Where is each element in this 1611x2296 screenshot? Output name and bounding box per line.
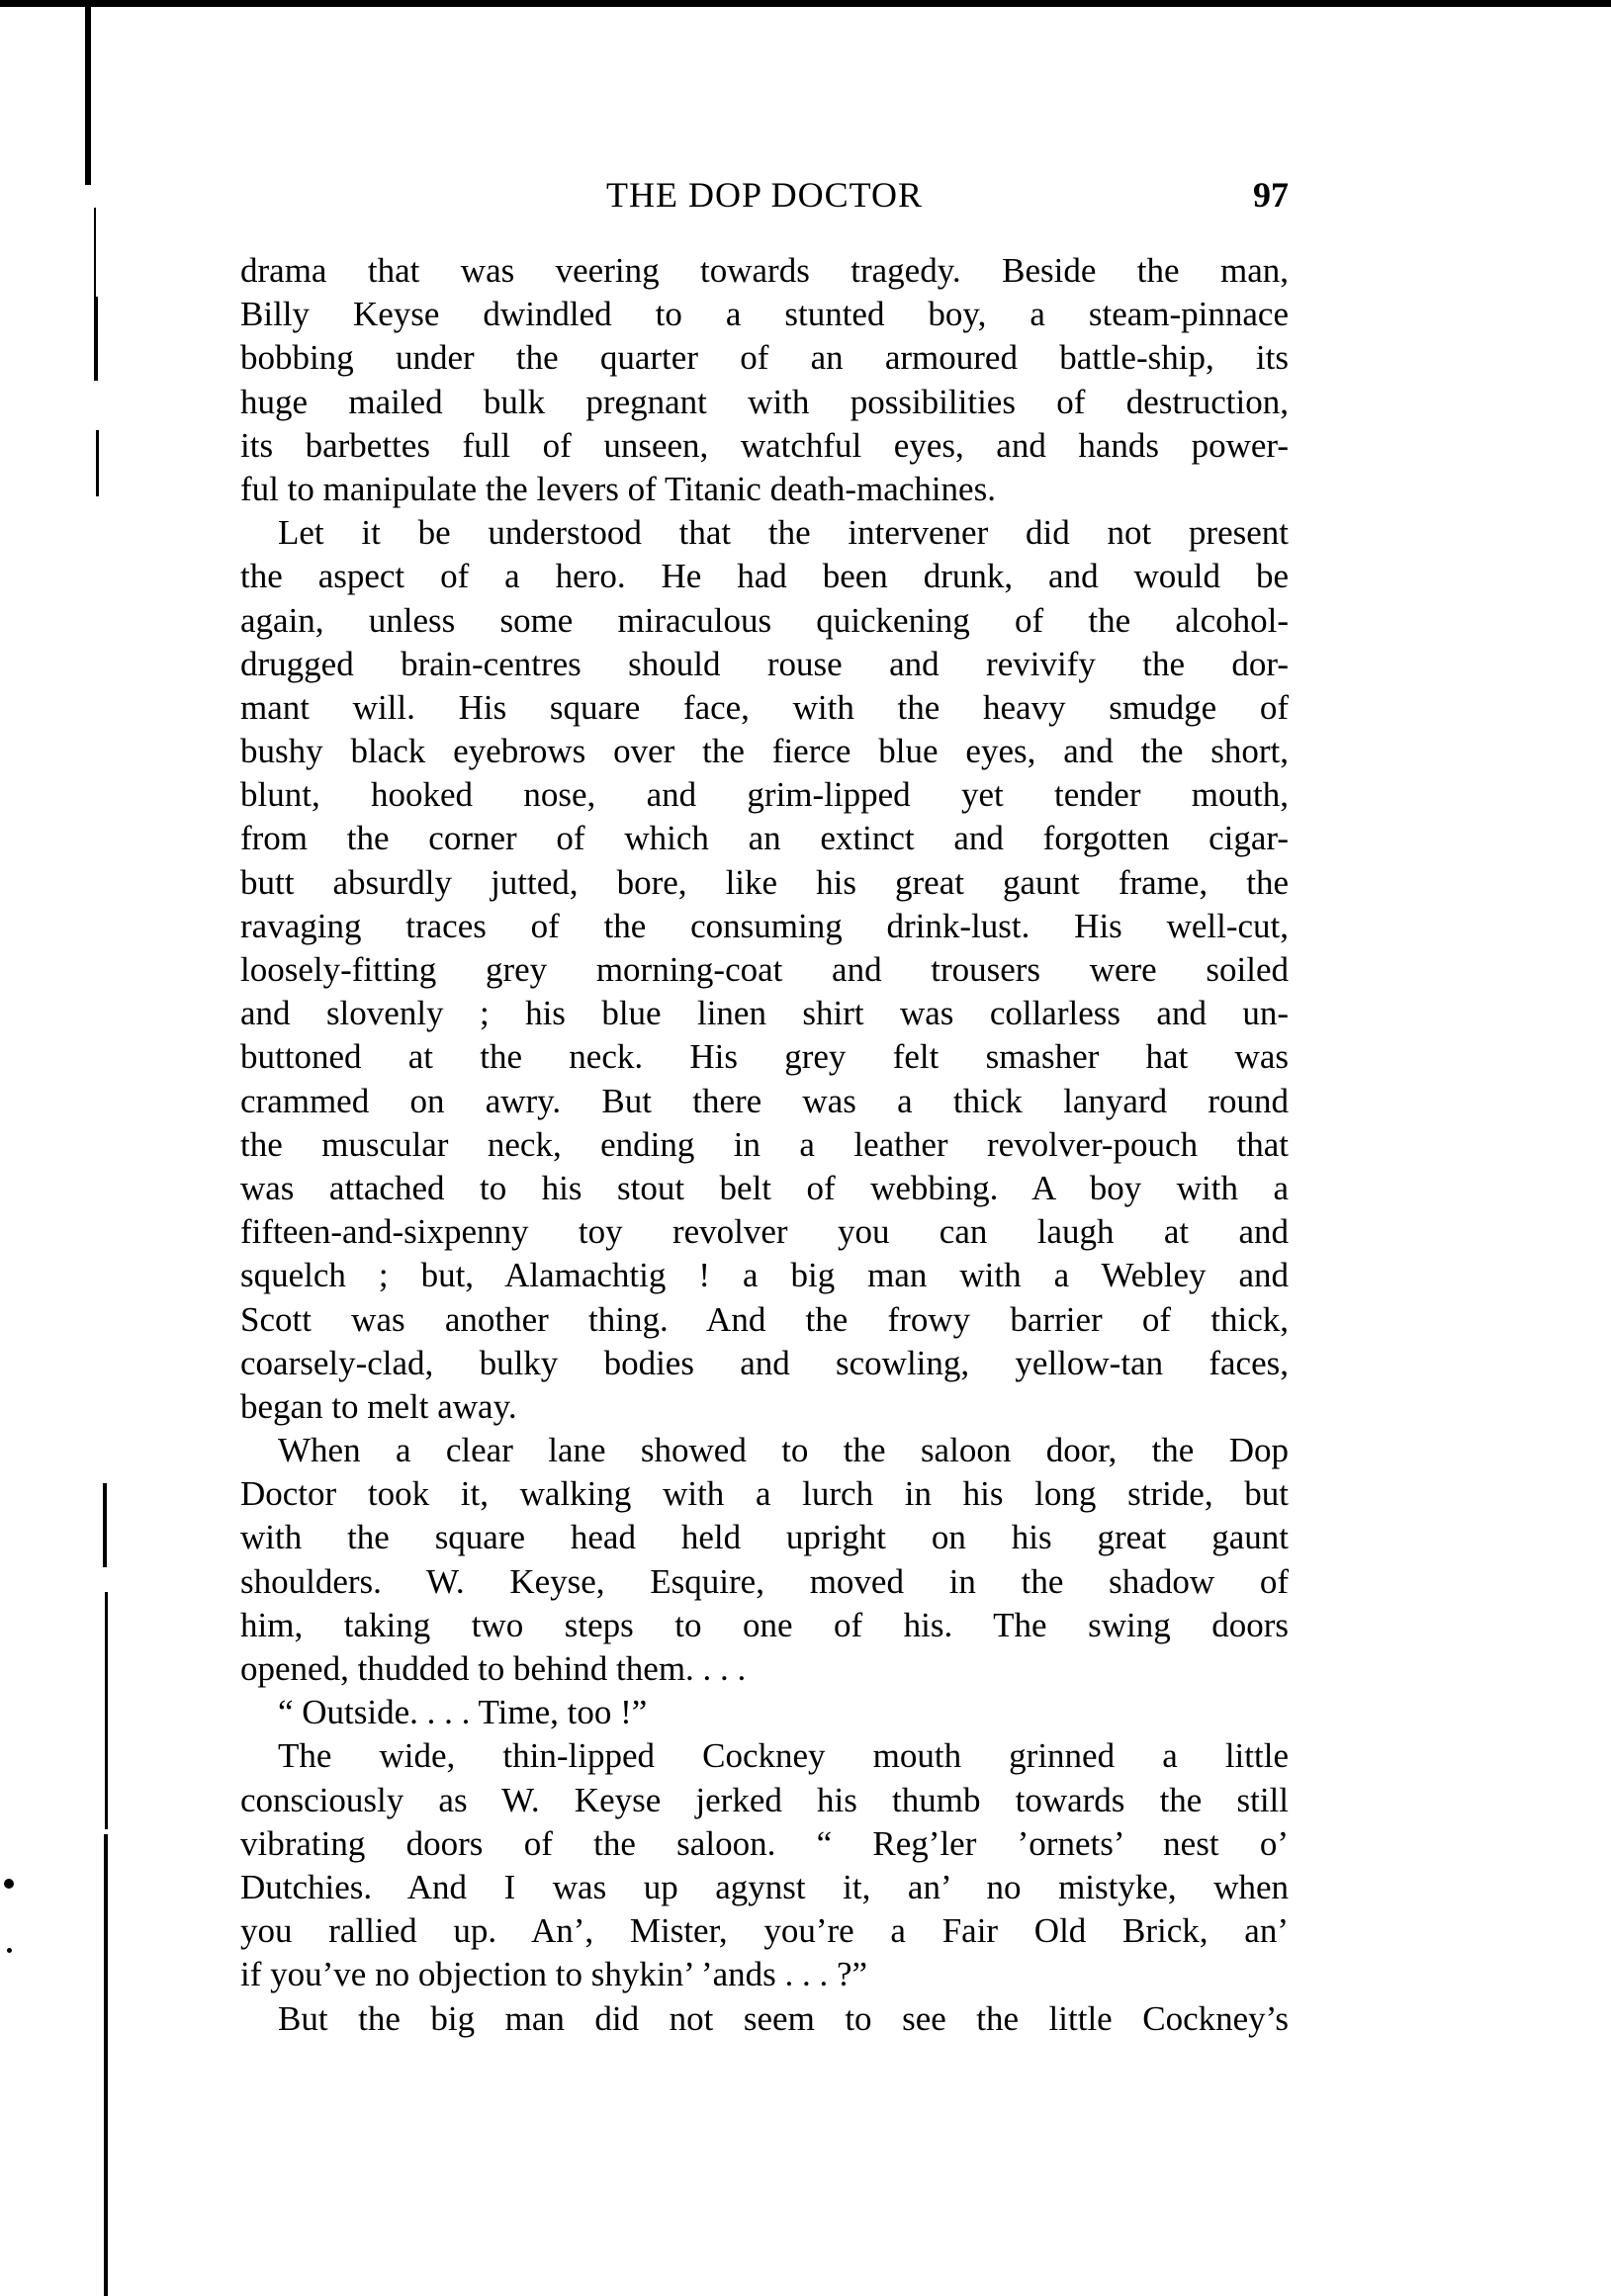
- text-line: Scott was another thing. And the frowy b…: [240, 1298, 1289, 1342]
- text-line: ravaging traces of the consuming drink-l…: [240, 905, 1289, 948]
- text-line: fifteen-and-sixpenny toy revolver you ca…: [240, 1210, 1289, 1254]
- text-line: crammed on awry. But there was a thick l…: [240, 1080, 1289, 1123]
- text-line: consciously as W. Keyse jerked his thumb…: [240, 1779, 1289, 1822]
- text-line: if you’ve no objection to shykin’ ’ands …: [240, 1953, 1289, 1996]
- text-line: blunt, hooked nose, and grim-lipped yet …: [240, 773, 1289, 817]
- body-text: drama that was veering towards tragedy. …: [240, 249, 1289, 2041]
- page-number: 97: [1253, 174, 1289, 216]
- text-line: But the big man did not seem to see the …: [240, 1997, 1289, 2041]
- text-line: from the corner of which an extinct and …: [240, 817, 1289, 860]
- binding-shadow-mid-1: [94, 208, 96, 307]
- text-line: Doctor took it, walking with a lurch in …: [240, 1472, 1289, 1516]
- text-line: you rallied up. An’, Mister, you’re a Fa…: [240, 1909, 1289, 1953]
- text-line: butt absurdly jutted, bore, like his gre…: [240, 861, 1289, 905]
- running-head: THE DOP DOCTOR 97: [240, 170, 1289, 220]
- text-line: mant will. His square face, with the hea…: [240, 686, 1289, 730]
- text-line: bushy black eyebrows over the fierce blu…: [240, 730, 1289, 773]
- text-line: again, unless some miraculous quickening…: [240, 599, 1289, 643]
- text-line: the muscular neck, ending in a leather r…: [240, 1123, 1289, 1167]
- text-line: opened, thudded to behind them. . . .: [240, 1647, 1289, 1691]
- text-line: Dutchies. And I was up agynst it, an’ no…: [240, 1866, 1289, 1909]
- text-line: vibrating doors of the saloon. “ Reg’ler…: [240, 1822, 1289, 1866]
- text-line: began to melt away.: [240, 1385, 1289, 1429]
- binding-shadow-mid-3: [96, 430, 99, 496]
- text-line: the aspect of a hero. He had been drunk,…: [240, 555, 1289, 598]
- scan-top-edge: [0, 0, 1611, 7]
- text-line: The wide, thin-lipped Cockney mouth grin…: [240, 1734, 1289, 1778]
- text-line: huge mailed bulk pregnant with possibili…: [240, 381, 1289, 424]
- text-line: “ Outside. . . . Time, too !”: [240, 1691, 1289, 1734]
- text-line: ful to manipulate the levers of Titanic …: [240, 468, 1289, 511]
- text-line: bobbing under the quarter of an armoured…: [240, 336, 1289, 380]
- binding-shadow-lower-3: [104, 1834, 108, 2296]
- text-line: and slovenly ; his blue linen shirt was …: [240, 992, 1289, 1035]
- text-line: shoulders. W. Keyse, Esquire, moved in t…: [240, 1560, 1289, 1604]
- text-line: Billy Keyse dwindled to a stunted boy, a…: [240, 293, 1289, 336]
- text-line: When a clear lane showed to the saloon d…: [240, 1429, 1289, 1472]
- text-line: with the square head held upright on his…: [240, 1516, 1289, 1559]
- text-line: was attached to his stout belt of webbin…: [240, 1167, 1289, 1210]
- ink-speck: [4, 1879, 14, 1889]
- text-line: buttoned at the neck. His grey felt smas…: [240, 1035, 1289, 1079]
- text-line: coarsely-clad, bulky bodies and scowling…: [240, 1342, 1289, 1385]
- text-line: drama that was veering towards tragedy. …: [240, 249, 1289, 293]
- text-line: drugged brain-centres should rouse and r…: [240, 643, 1289, 686]
- text-line: loosely-fitting grey morning-coat and tr…: [240, 948, 1289, 992]
- binding-shadow-mid-2: [94, 297, 98, 381]
- binding-shadow-upper: [85, 7, 91, 185]
- text-line: Let it be understood that the intervener…: [240, 511, 1289, 555]
- ink-speck: [7, 1948, 12, 1953]
- text-line: him, taking two steps to one of his. The…: [240, 1604, 1289, 1647]
- running-title: THE DOP DOCTOR: [240, 174, 1289, 216]
- text-line: squelch ; but, Alamachtig ! a big man wi…: [240, 1254, 1289, 1297]
- text-line: its barbettes full of unseen, watchful e…: [240, 424, 1289, 468]
- binding-shadow-lower-2: [105, 1592, 108, 1829]
- binding-shadow-lower-1: [103, 1483, 107, 1567]
